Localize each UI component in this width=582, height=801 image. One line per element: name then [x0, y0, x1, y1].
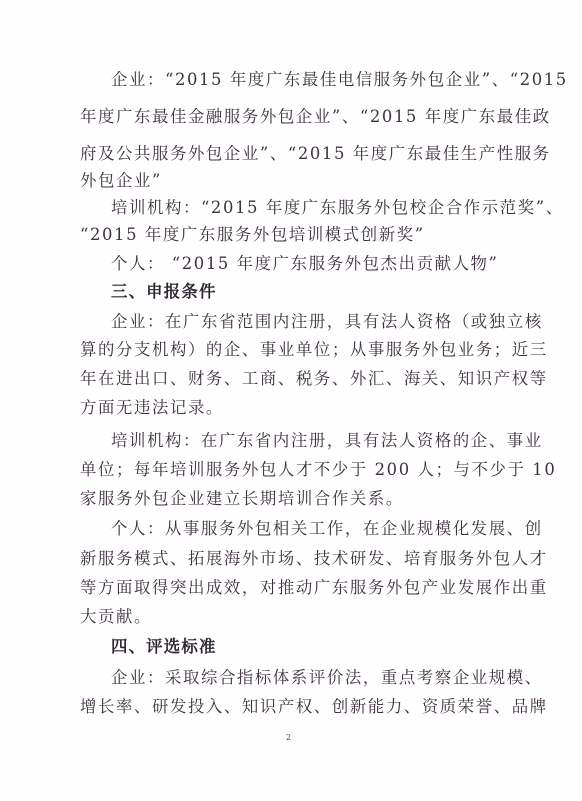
paragraph-individual-award: 个人： “2015 年度广东服务外包杰出贡献人物”: [111, 254, 531, 274]
paragraph-training-conditions-line-2: 单位；每年培训服务外包人才不少于 200 人；与不少于 10: [80, 460, 500, 480]
paragraph-enterprise-conditions-line-2: 算的分支机构）的企、事业单位；从事服务外包业务；近三: [80, 340, 500, 360]
paragraph-individual-conditions-line-1: 个人：从事服务外包相关工作，在企业规模化发展、创: [111, 519, 531, 539]
paragraph-enterprise-conditions-line-1: 企业：在广东省范围内注册，具有法人资格（或独立核: [111, 312, 531, 332]
paragraph-training-conditions-line-1: 培训机构：在广东省内注册，具有法人资格的企、事业: [111, 431, 531, 451]
page-number: 2: [286, 733, 291, 742]
paragraph-individual-conditions-line-2: 新服务模式、拓展海外市场、技术研发、培育服务外包人才: [80, 549, 500, 569]
paragraph-enterprise-criteria-line-2: 增长率、研发投入、知识产权、创新能力、资质荣誉、品牌: [80, 697, 500, 717]
document-page: 企业：“2015 年度广东最佳电信服务外包企业”、“2015 年度广东最佳金融服…: [0, 0, 582, 801]
paragraph-enterprise-criteria-line-1: 企业：采取综合指标体系评价法，重点考察企业规模、: [111, 668, 531, 688]
section-heading-application-conditions: 三、申报条件: [111, 282, 531, 302]
paragraph-training-awards-line-2: “2015 年度广东服务外包培训模式创新奖”: [80, 225, 500, 245]
paragraph-enterprise-awards-line-3: 府及公共服务外包企业”、“2015 年度广东最佳生产性服务: [80, 144, 500, 164]
paragraph-enterprise-conditions-line-3: 年在进出口、财务、工商、税务、外汇、海关、知识产权等: [80, 369, 500, 389]
paragraph-individual-conditions-line-3: 等方面取得突出成效，对推动广东服务外包产业发展作出重: [80, 578, 500, 598]
paragraph-enterprise-awards-line-4: 外包企业”: [80, 171, 500, 191]
paragraph-enterprise-awards-line-1: 企业：“2015 年度广东最佳电信服务外包企业”、“2015: [111, 70, 531, 90]
paragraph-training-conditions-line-3: 家服务外包企业建立长期培训合作关系。: [80, 489, 500, 509]
section-heading-evaluation-criteria: 四、评选标准: [111, 637, 531, 657]
paragraph-individual-conditions-line-4: 大贡献。: [80, 607, 500, 627]
paragraph-enterprise-awards-line-2: 年度广东最佳金融服务外包企业”、“2015 年度广东最佳政: [80, 107, 500, 127]
paragraph-enterprise-conditions-line-4: 方面无违法记录。: [80, 398, 500, 418]
paragraph-training-awards-line-1: 培训机构：“2015 年度广东服务外包校企合作示范奖”、: [111, 198, 531, 218]
